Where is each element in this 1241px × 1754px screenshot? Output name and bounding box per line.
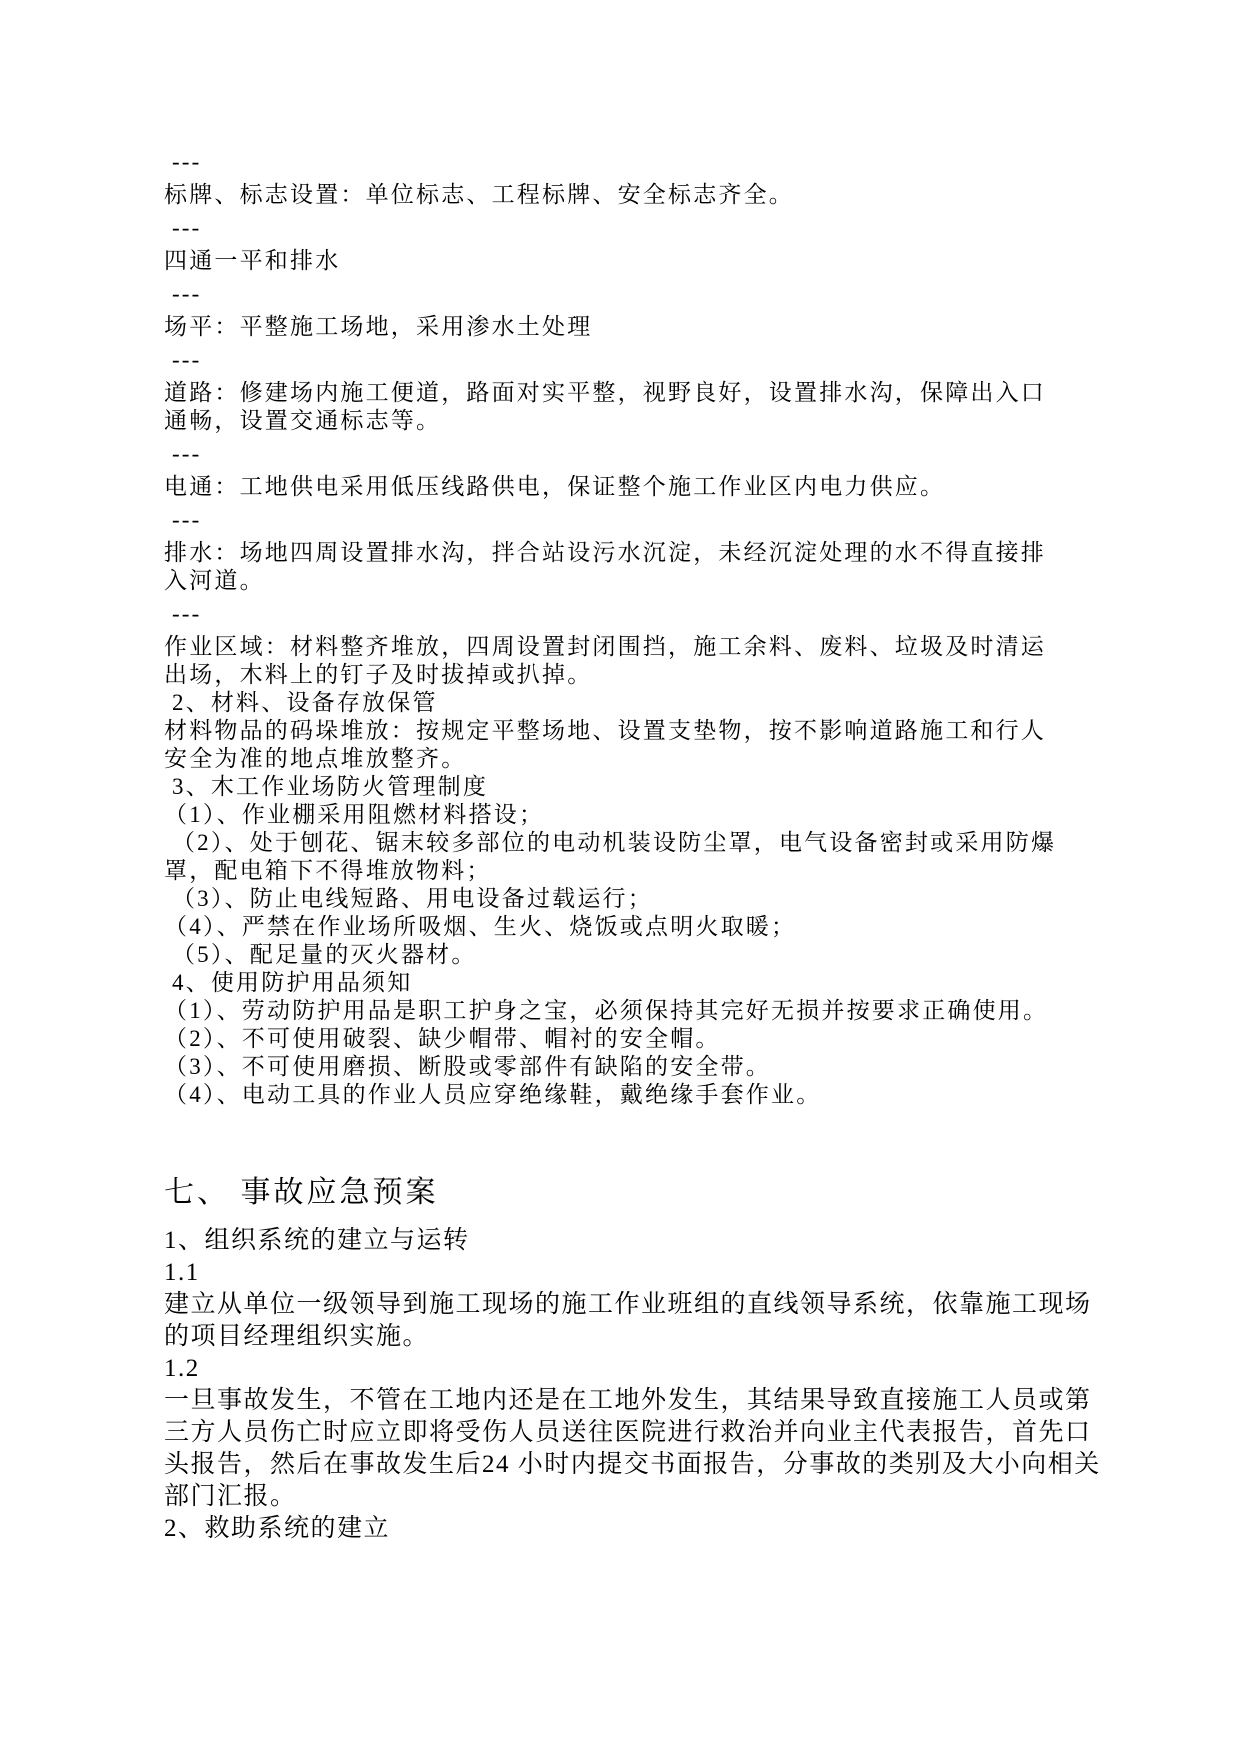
fire-rule-3: （3）、防止电线短路、用电设备过载运行；	[164, 885, 1171, 913]
list-item-4-ppe: 4、使用防护用品须知	[164, 969, 1171, 997]
separator-dashes: ---	[164, 506, 1171, 534]
paragraph-four-access: 四通一平和排水	[164, 247, 1171, 275]
clause-1-1-text: 建立从单位一级领导到施工现场的施工作业班组的直线领导系统，依靠施工现场 的项目经…	[164, 1289, 1171, 1353]
separator-dashes: ---	[164, 148, 1171, 176]
list-item-2-storage: 2、材料、设备存放保管	[164, 689, 1171, 717]
clause-1-1-number: 1.1	[164, 1257, 1171, 1289]
paragraph-leveling: 场平：平整施工场地，采用渗水土处理	[164, 313, 1171, 341]
paragraph-roads: 道路：修建场内施工便道，路面对实平整，视野良好，设置排水沟，保障出入口 通畅，设…	[164, 379, 1171, 435]
ppe-rule-4: （4）、电动工具的作业人员应穿绝缘鞋，戴绝缘手套作业。	[164, 1081, 1171, 1109]
list-item-1-organization: 1、组织系统的建立与运转	[164, 1225, 1171, 1257]
section-site-setup: --- 标牌、标志设置：单位标志、工程标牌、安全标志齐全。 --- 四通一平和排…	[164, 148, 1171, 628]
paragraph-power: 电通：工地供电采用低压线路供电，保证整个施工作业区内电力供应。	[164, 473, 1171, 501]
separator-dashes: ---	[164, 280, 1171, 308]
document-page: --- 标牌、标志设置：单位标志、工程标牌、安全标志齐全。 --- 四通一平和排…	[0, 0, 1241, 1754]
list-item-2-rescue-system: 2、救助系统的建立	[164, 1513, 1171, 1545]
paragraph-stacking: 材料物品的码垛堆放：按规定平整场地、设置支垫物，按不影响道路施工和行人 安全为准…	[164, 717, 1171, 773]
list-item-3-fire-control: 3、木工作业场防火管理制度	[164, 773, 1171, 801]
fire-rule-5: （5）、配足量的灭火器材。	[164, 941, 1171, 969]
section-emergency-response: 1、组织系统的建立与运转 1.1 建立从单位一级领导到施工现场的施工作业班组的直…	[164, 1225, 1171, 1545]
fire-rule-1: （1）、作业棚采用阻燃材料搭设；	[164, 801, 1171, 829]
clause-1-2-text: 一旦事故发生，不管在工地内还是在工地外发生，其结果导致直接施工人员或第 三方人员…	[164, 1385, 1171, 1513]
ppe-rule-1: （1）、劳动防护用品是职工护身之宝，必须保持其完好无损并按要求正确使用。	[164, 997, 1171, 1025]
clause-1-2-number: 1.2	[164, 1353, 1171, 1385]
ppe-rule-3: （3）、不可使用磨损、断股或零部件有缺陷的安全带。	[164, 1053, 1171, 1081]
separator-dashes: ---	[164, 346, 1171, 374]
paragraph-drainage: 排水：场地四周设置排水沟，拌合站设污水沉淀，未经沉淀处理的水不得直接排 入河道。	[164, 539, 1171, 595]
heading-emergency-plan: 七、 事故应急预案	[164, 1171, 1171, 1215]
separator-dashes: ---	[164, 214, 1171, 242]
paragraph-work-area: 作业区域：材料整齐堆放，四周设置封闭围挡，施工余料、废料、垃圾及时清运 出场，木…	[164, 633, 1171, 689]
separator-dashes: ---	[164, 440, 1171, 468]
paragraph-signage: 标牌、标志设置：单位标志、工程标牌、安全标志齐全。	[164, 181, 1171, 209]
fire-rule-2: （2）、处于刨花、锯末较多部位的电动机装设防尘罩，电气设备密封或采用防爆 罩，配…	[164, 829, 1171, 885]
fire-rule-4: （4）、严禁在作业场所吸烟、生火、烧饭或点明火取暖；	[164, 913, 1171, 941]
separator-dashes: ---	[164, 600, 1171, 628]
section-safety-rules: 作业区域：材料整齐堆放，四周设置封闭围挡，施工余料、废料、垃圾及时清运 出场，木…	[164, 633, 1171, 1109]
ppe-rule-2: （2）、不可使用破裂、缺少帽带、帽衬的安全帽。	[164, 1025, 1171, 1053]
